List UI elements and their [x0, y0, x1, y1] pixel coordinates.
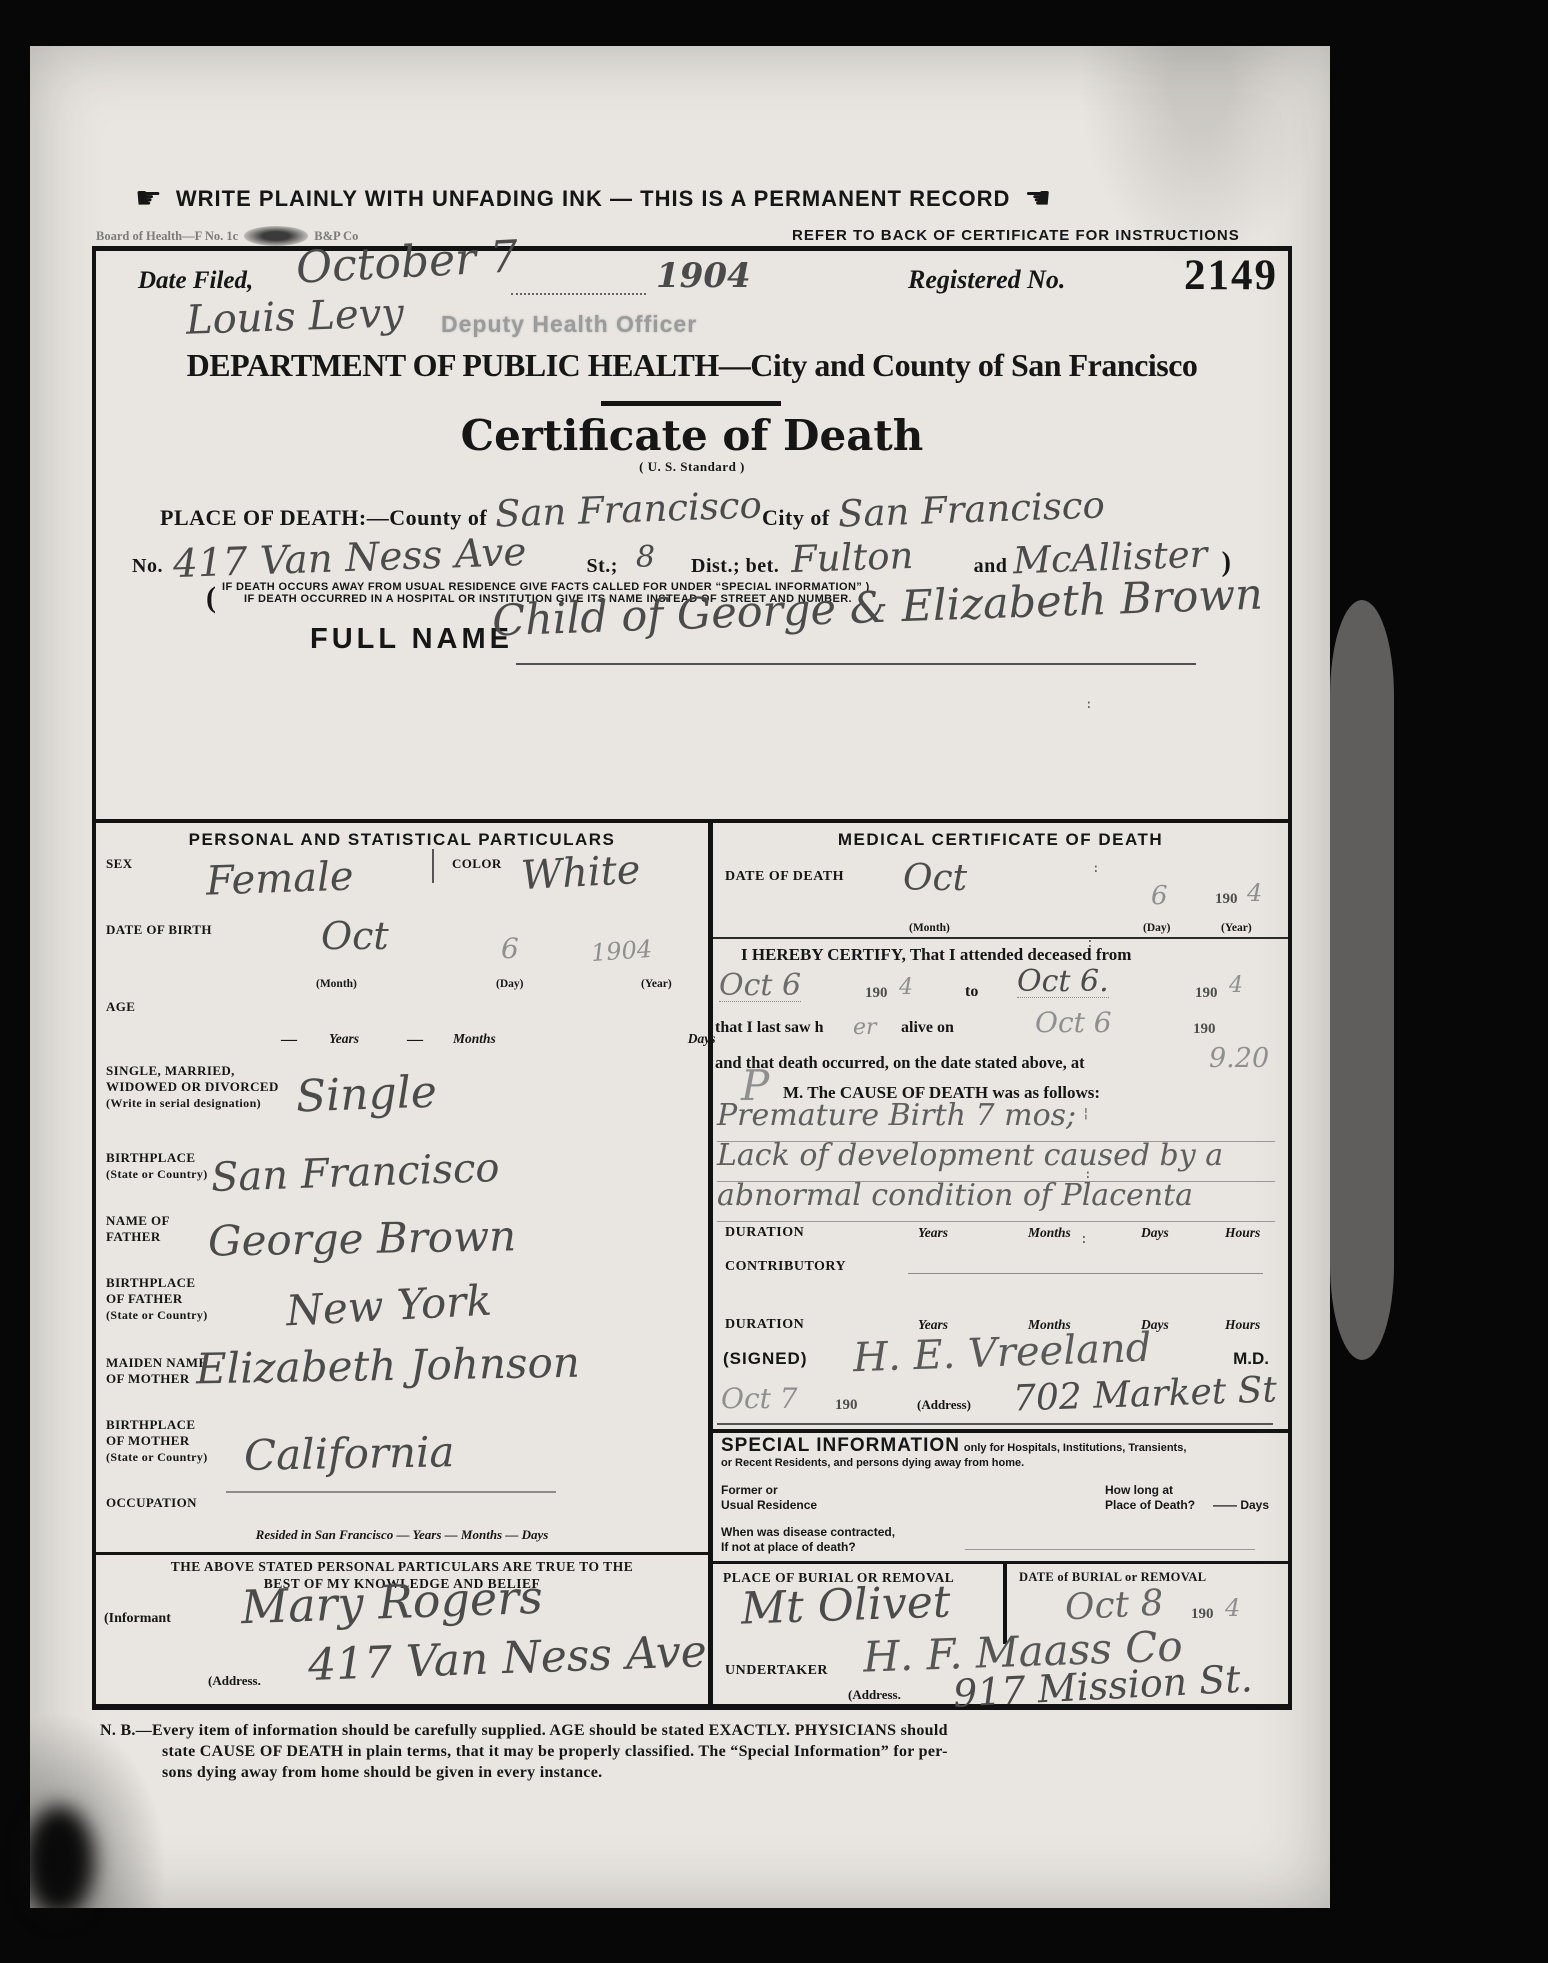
duration-days-1: Days	[1141, 1225, 1169, 1241]
footnote-line-2: state CAUSE OF DEATH in plain terms, tha…	[162, 1741, 1260, 1762]
mother-name-label: MAIDEN NAME OF MOTHER	[106, 1355, 208, 1387]
former-residence-label-1: Former or	[721, 1483, 817, 1498]
place-of-death-label: PLACE OF DEATH:—County of	[160, 505, 487, 531]
undertaker-address-label: (Address.	[848, 1687, 901, 1703]
informant-label: (Informant	[104, 1611, 171, 1627]
last-saw-pre: that I last saw h	[715, 1019, 823, 1037]
certificate-form: Date Filed, October 7 1904 Registered No…	[92, 246, 1292, 1710]
contracted-label: When was disease contracted, If not at p…	[721, 1525, 895, 1555]
birthplace-value: San Francisco	[210, 1148, 500, 1198]
last-saw-row: that I last saw h er alive on Oct 6 190	[715, 1015, 1275, 1049]
father-birthplace-value: New York	[285, 1280, 493, 1333]
dod-month-value: Oct	[903, 861, 967, 897]
birthplace-label: BIRTHPLACE (State or Country)	[106, 1150, 208, 1182]
duration-hours-2: Hours	[1225, 1317, 1260, 1333]
dod-day-value: 6	[1151, 883, 1168, 909]
father-name-value: George Brown	[208, 1215, 517, 1262]
scan-speck: ∶	[1085, 698, 1093, 713]
informant-address-value: 417 Van Ness Ave	[307, 1630, 707, 1688]
burial-year-digit: 4	[1225, 1596, 1240, 1620]
mother-birthplace-value: California	[244, 1431, 455, 1477]
duration-hours-1: Hours	[1225, 1225, 1260, 1241]
special-info-rule	[713, 1429, 1288, 1433]
dob-year-caption: (Year)	[641, 978, 672, 990]
city-value: San Francisco	[837, 486, 1105, 532]
scan-speck: ¦	[1082, 1106, 1090, 1121]
father-birthplace-label: BIRTHPLACE OF FATHER (State or Country)	[106, 1275, 208, 1323]
marital-label-2: WIDOWED OR DIVORCED	[106, 1079, 279, 1095]
signed-year: 190	[835, 1397, 858, 1414]
health-officer-signature: Louis Levy	[185, 293, 404, 341]
md-label: M.D.	[1233, 1349, 1269, 1369]
age-years-caption: Years	[329, 1031, 359, 1049]
st-label: St.;	[586, 555, 617, 578]
birthplace-label-1: BIRTHPLACE	[106, 1150, 208, 1166]
attestation-line-1: THE ABOVE STATED PERSONAL PARTICULARS AR…	[96, 1559, 708, 1575]
father-label-1: NAME OF	[106, 1213, 170, 1229]
cause-line-3: abnormal condition of Placenta	[717, 1178, 1193, 1213]
registered-no-value: 2149	[1184, 251, 1278, 300]
department-title: DEPARTMENT OF PUBLIC HEALTH—City and Cou…	[96, 347, 1288, 384]
dod-day-caption: (Day)	[1143, 922, 1170, 934]
refer-note: REFER TO BACK OF CERTIFICATE FOR INSTRUC…	[792, 227, 1240, 244]
scan-speck: :	[1080, 1232, 1088, 1247]
marital-label: SINGLE, MARRIED, WIDOWED OR DIVORCED (Wr…	[106, 1063, 279, 1111]
city-of-label: City of	[762, 505, 830, 531]
street-value: 417 Van Ness Ave	[172, 533, 527, 584]
duration-label-1: DURATION	[725, 1225, 804, 1241]
date-filed-year: 1904	[656, 259, 751, 293]
physician-address-value: 702 Market St	[1012, 1372, 1277, 1417]
last-alive-date: Oct 6	[1035, 1009, 1112, 1037]
street-row: No. 417 Van Ness Ave St.; 8 Dist.; bet. …	[132, 539, 1231, 579]
certificate-title: Certificate of Death	[96, 411, 1288, 460]
special-info-note-2: or Recent Residents, and persons dying a…	[721, 1457, 1277, 1469]
death-occurred-text: and that death occurred, on the date sta…	[715, 1053, 1085, 1073]
duration-months-1: Months	[1028, 1225, 1071, 1241]
full-name-label: FULL NAME	[310, 623, 513, 656]
contributory-line	[908, 1273, 1263, 1274]
how-long-label: How long at Place of Death?	[1105, 1483, 1195, 1513]
special-info-note-1: only for Hospitals, Institutions, Transi…	[964, 1442, 1186, 1454]
burial-date-value: Oct 8	[1064, 1585, 1164, 1626]
contracted-row: When was disease contracted, If not at p…	[713, 1525, 1279, 1559]
sex-value: Female	[205, 856, 354, 901]
signed-date-value: Oct 7	[721, 1385, 798, 1413]
alive-on-label: alive on	[901, 1019, 954, 1037]
special-info-block: SPECIAL INFORMATION only for Hospitals, …	[721, 1435, 1277, 1469]
sex-color-tick	[432, 849, 434, 883]
certify-intro: I HEREBY CERTIFY, That I attended deceas…	[741, 945, 1131, 965]
dob-day-value: 6	[501, 935, 519, 963]
cause-line-1: Premature Birth 7 mos;	[717, 1098, 1076, 1133]
signed-address-label: (Address)	[917, 1397, 971, 1413]
banner-text: WRITE PLAINLY WITH UNFADING INK — THIS I…	[176, 186, 1011, 212]
attended-from-year-digit: 4	[899, 977, 913, 999]
dob-day-caption: (Day)	[496, 978, 523, 990]
contracted-label-1: When was disease contracted,	[721, 1525, 895, 1540]
form-code: Board of Health—F No. 1c	[96, 229, 238, 244]
burial-place-value: Mt Olivet	[740, 1580, 951, 1631]
pointing-hand-right-icon: ☛	[135, 188, 162, 210]
attended-from-year: 190	[865, 985, 888, 1002]
contracted-line	[965, 1549, 1255, 1550]
contributory-label: CONTRIBUTORY	[725, 1259, 846, 1275]
scan-speck: :	[1086, 936, 1094, 951]
burial-year-printed: 190	[1191, 1606, 1214, 1623]
undertaker-label: UNDERTAKER	[725, 1663, 828, 1679]
mother-birthplace-label-2: OF MOTHER	[106, 1433, 208, 1449]
full-name-underline	[516, 663, 1196, 665]
certify-dates-row: Oct 6 190 4 to Oct 6. 190 4	[717, 971, 1277, 1009]
cause-line-1-rule: Premature Birth 7 mos;	[717, 1101, 1275, 1142]
mother-label-2: OF MOTHER	[106, 1371, 208, 1387]
attended-to-value: Oct 6.	[1017, 967, 1109, 998]
father-birthplace-label-1: BIRTHPLACE	[106, 1275, 208, 1291]
last-saw-fill: er	[853, 1017, 877, 1039]
informant-address-label: (Address.	[208, 1673, 261, 1689]
former-residence-label: Former or Usual Residence	[721, 1483, 817, 1513]
age-months-caption: Months	[453, 1031, 496, 1049]
sex-label: SEX	[106, 856, 133, 872]
footnote-line-1: N. B.—Every item of information should b…	[100, 1720, 1260, 1741]
duration-years-2: Years	[918, 1317, 948, 1333]
death-time-value: 9.20	[1209, 1045, 1269, 1072]
banner-row: ☛ WRITE PLAINLY WITH UNFADING INK — THIS…	[135, 186, 1051, 212]
health-officer-title-stamp: Deputy Health Officer	[441, 311, 697, 338]
color-label: COLOR	[452, 856, 502, 872]
title-divider	[601, 401, 781, 406]
dob-month-value: Oct	[321, 917, 389, 955]
cause-line-2: Lack of development caused by a	[717, 1138, 1223, 1173]
attended-to-year: 190	[1195, 985, 1218, 1002]
book-page-edge	[1330, 600, 1394, 1360]
between-street-value: Fulton	[791, 537, 915, 578]
dod-rule	[713, 937, 1288, 939]
physician-signature: H. E. Vreeland	[852, 1328, 1152, 1378]
former-residence-row: Former or Usual Residence How long at Pl…	[713, 1483, 1279, 1519]
dob-label: DATE OF BIRTH	[106, 922, 212, 938]
age-row: — Years — Months Days	[281, 1031, 716, 1049]
personal-column: PERSONAL AND STATISTICAL PARTICULARS SEX…	[96, 823, 708, 1704]
attended-from-value: Oct 6	[719, 971, 801, 1002]
pointing-hand-left-icon: ☚	[1024, 188, 1051, 210]
death-occurred-row: and that death occurred, on the date sta…	[715, 1047, 1281, 1081]
last-alive-year: 190	[1193, 1021, 1216, 1038]
note-open-paren: (	[206, 581, 216, 615]
mother-maiden-name-value: Elizabeth Johnson	[196, 1342, 581, 1391]
certificate-page: ☛ WRITE PLAINLY WITH UNFADING INK — THIS…	[30, 46, 1330, 1908]
age-dash-1: —	[281, 1031, 297, 1049]
dod-year-digit: 4	[1247, 881, 1262, 905]
and-label: and	[974, 555, 1008, 578]
scan-shadow-blotch	[24, 1806, 94, 1916]
mother-birthplace-label: BIRTHPLACE OF MOTHER (State or Country)	[106, 1417, 208, 1465]
registered-no-label: Registered No.	[908, 265, 1065, 295]
mother-label-1: MAIDEN NAME	[106, 1355, 208, 1371]
mother-birthplace-underline	[226, 1491, 556, 1493]
occupation-label: OCCUPATION	[106, 1495, 197, 1511]
special-info-title: SPECIAL INFORMATION	[721, 1435, 960, 1456]
medical-section-title: MEDICAL CERTIFICATE OF DEATH	[713, 830, 1288, 850]
footnote-line-3: sons dying away from home should be give…	[162, 1762, 1260, 1783]
personal-section-title: PERSONAL AND STATISTICAL PARTICULARS	[96, 830, 708, 850]
mother-birthplace-label-1: BIRTHPLACE	[106, 1417, 208, 1433]
days-caption: —— Days	[1213, 1498, 1269, 1512]
birthplace-label-2: (State or Country)	[106, 1166, 208, 1182]
marital-status-value: Single	[295, 1071, 437, 1120]
father-label-2: FATHER	[106, 1229, 170, 1245]
father-birthplace-label-3: (State or Country)	[106, 1307, 208, 1323]
burial-date-label: DATE of BURIAL or REMOVAL	[1019, 1570, 1206, 1585]
signed-date-row: Oct 7 190 (Address) 702 Market St	[717, 1387, 1273, 1425]
duration-row-1: DURATION Years Months Days Hours	[713, 1225, 1279, 1245]
medical-column: MEDICAL CERTIFICATE OF DEATH DATE OF DEA…	[713, 823, 1288, 1704]
dist-label: Dist.; bet.	[691, 555, 779, 578]
date-filed-label: Date Filed,	[138, 267, 253, 295]
scan-speck: ∶	[1092, 862, 1100, 877]
duration-years-1: Years	[918, 1225, 948, 1241]
dob-month-caption: (Month)	[316, 978, 357, 990]
how-long-label-1: How long at	[1105, 1483, 1195, 1498]
duration-label-2: DURATION	[725, 1317, 804, 1333]
scanned-death-certificate: { "colors": {"paper":"#e9e6e1","ink":"#1…	[0, 0, 1548, 1963]
particulars-columns: PERSONAL AND STATISTICAL PARTICULARS SEX…	[96, 819, 1288, 1704]
place-of-death-row: PLACE OF DEATH:—County of San Francisco …	[160, 491, 1105, 531]
age-days-caption: Days	[688, 1031, 716, 1049]
no-label: No.	[132, 555, 163, 578]
us-standard-note: ( U. S. Standard )	[96, 459, 1288, 475]
cause-line-2-rule: Lack of development caused by a	[717, 1141, 1275, 1182]
footnote: N. B.—Every item of information should b…	[100, 1720, 1260, 1783]
to-label: to	[965, 983, 978, 1001]
county-value: San Francisco	[495, 486, 763, 532]
color-value: White	[520, 850, 641, 896]
marital-label-1: SINGLE, MARRIED,	[106, 1063, 279, 1079]
date-filed-value: October 7	[295, 235, 519, 291]
informant-value: Mary Rogers	[240, 1574, 543, 1631]
cause-line-3-rule: abnormal condition of Placenta	[717, 1181, 1275, 1222]
scan-speck: ∶	[1084, 1168, 1092, 1183]
date-filed-dotted-line	[511, 291, 646, 295]
contracted-label-2: If not at place of death?	[721, 1540, 895, 1555]
father-name-label: NAME OF FATHER	[106, 1213, 170, 1245]
dob-year-value: 1904	[590, 937, 653, 965]
dod-year-printed: 190	[1215, 891, 1238, 908]
how-long-label-2: Place of Death?	[1105, 1498, 1195, 1513]
attended-to-year-digit: 4	[1229, 975, 1243, 997]
ward-value: 8	[636, 543, 655, 573]
undertaker-address-row: (Address. 917 Mission St.	[713, 1685, 1279, 1709]
father-birthplace-label-2: OF FATHER	[106, 1291, 208, 1307]
dod-year-caption: (Year)	[1221, 922, 1252, 934]
marital-label-3: (Write in serial designation)	[106, 1095, 279, 1111]
age-label: AGE	[106, 999, 135, 1015]
mother-birthplace-label-3: (State or Country)	[106, 1449, 208, 1465]
signed-label: (SIGNED)	[723, 1349, 808, 1369]
contributory-row: CONTRIBUTORY	[713, 1259, 1279, 1281]
resided-line: Resided in San Francisco — Years — Month…	[96, 1527, 708, 1543]
age-dash-2: —	[407, 1031, 423, 1049]
dod-month-caption: (Month)	[909, 922, 950, 934]
dod-label: DATE OF DEATH	[725, 869, 844, 885]
former-residence-label-2: Usual Residence	[721, 1498, 817, 1513]
attestation-rule	[96, 1552, 708, 1555]
